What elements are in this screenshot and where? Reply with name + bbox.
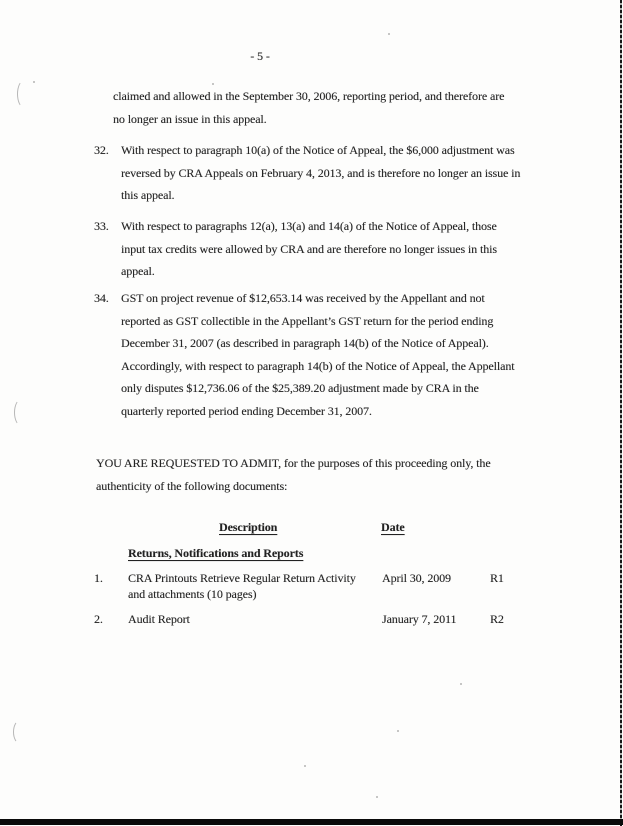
paragraph-number: 32. xyxy=(94,139,109,162)
paragraph-continuation: claimed and allowed in the September 30,… xyxy=(113,85,513,130)
scan-speck xyxy=(376,796,378,798)
row-number: 1. xyxy=(94,571,103,587)
row-exhibit-code: R2 xyxy=(490,612,504,628)
scan-curl-artifact-middle xyxy=(14,399,28,426)
paragraph-text: With respect to paragraphs 12(a), 13(a) … xyxy=(121,215,521,283)
table-row: 1. CRA Printouts Retrieve Regular Return… xyxy=(94,571,530,602)
paragraph-33: 33. With respect to paragraphs 12(a), 13… xyxy=(94,215,530,283)
scan-edge-line xyxy=(620,0,622,826)
row-number: 2. xyxy=(94,612,103,628)
paragraph-32: 32. With respect to paragraph 10(a) of t… xyxy=(94,139,530,207)
scan-speck xyxy=(397,730,399,732)
table-row: 2. Audit Report January 7, 2011 R2 xyxy=(94,612,530,628)
scan-speck xyxy=(212,83,214,85)
scan-curl-artifact-bottom xyxy=(13,720,27,744)
document-page: - 5 - claimed and allowed in the Septemb… xyxy=(0,0,623,826)
row-description: CRA Printouts Retrieve Regular Return Ac… xyxy=(128,571,360,602)
scan-speck xyxy=(460,683,462,685)
table-header-description: Description xyxy=(219,520,277,535)
scan-speck xyxy=(304,765,306,767)
row-description: Audit Report xyxy=(128,612,360,628)
paragraph-number: 34. xyxy=(94,287,109,310)
table-header-date: Date xyxy=(381,520,405,535)
paragraph-text: With respect to paragraph 10(a) of the N… xyxy=(121,139,521,207)
row-date: January 7, 2011 xyxy=(382,612,456,628)
scan-curl-artifact-top xyxy=(17,80,31,108)
row-date: April 30, 2009 xyxy=(382,571,451,587)
paragraph-continuation-text: claimed and allowed in the September 30,… xyxy=(113,89,504,126)
page-number: - 5 - xyxy=(0,49,520,64)
row-exhibit-code: R1 xyxy=(490,571,504,587)
paragraph-text: GST on project revenue of $12,653.14 was… xyxy=(121,287,521,422)
paragraph-number: 33. xyxy=(94,215,109,238)
scan-bottom-bar xyxy=(0,819,623,825)
admission-request-statement: YOU ARE REQUESTED TO ADMIT, for the purp… xyxy=(96,452,512,498)
scan-speck xyxy=(388,33,390,35)
scan-speck xyxy=(33,81,35,83)
paragraph-34: 34. GST on project revenue of $12,653.14… xyxy=(94,287,530,422)
table-section-title: Returns, Notifications and Reports xyxy=(128,546,303,561)
